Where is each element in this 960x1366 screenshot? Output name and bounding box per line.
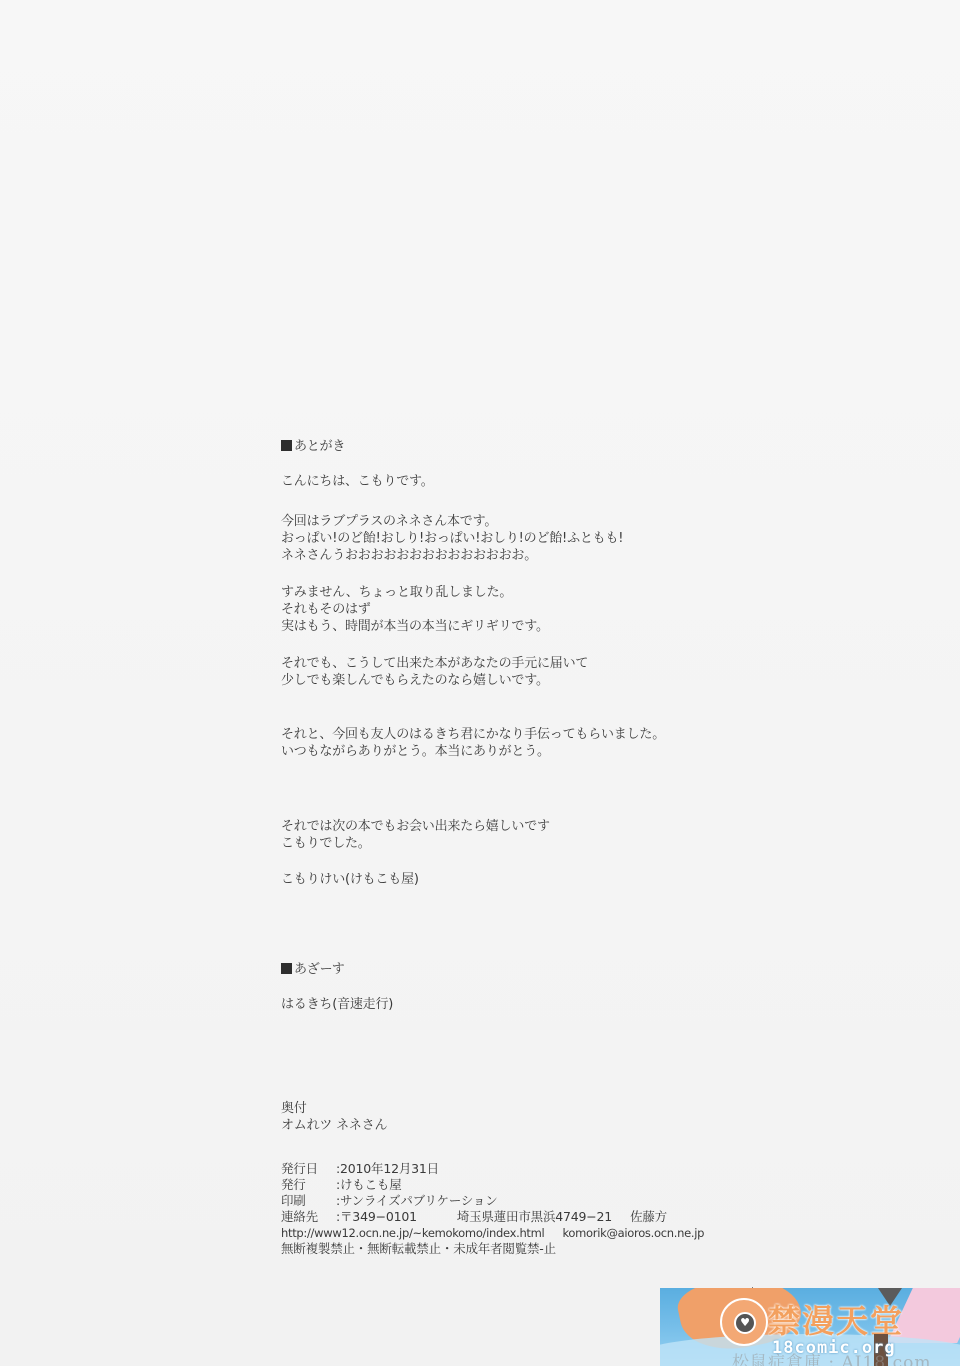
text-line: いつもながらありがとう。本当にありがとう。: [281, 743, 665, 760]
heart-icon: ♥: [734, 1312, 756, 1334]
black-square-icon: [281, 963, 292, 974]
colophon-row-date: 発行日:2010年12月31日: [281, 1161, 704, 1177]
website-url: http://www12.ocn.ne.jp/~kemokomo/index.h…: [281, 1226, 544, 1240]
afterword-paragraph: 今回はラブプラスのネネさん本です。 おっぱい!のど飴!おしり!おっぱい!おしり!…: [281, 513, 623, 564]
document-page: あとがき こんにちは、こもりです。 今回はラブプラスのネネさん本です。 おっぱい…: [0, 0, 960, 1366]
text-line: 少しでも楽しんでもらえたのなら嬉しいです。: [281, 672, 588, 689]
afterword-signature: こもりけい(けもこも屋): [281, 871, 419, 888]
text-line: こもりけい(けもこも屋): [281, 871, 419, 888]
colophon-row-publisher: 発行:けもこも屋: [281, 1177, 704, 1193]
text-line: 今回はラブプラスのネネさん本です。: [281, 513, 623, 530]
assistants-name: はるきち(音速走行): [281, 996, 393, 1013]
watermark-logo: ♥ 禁漫天堂 18comic.org 松鼠症倉庫 : AI18.com: [660, 1288, 960, 1366]
text-line: 実はもう、時間が本当の本当にギリギリです。: [281, 618, 549, 635]
colophon-row-contact: 連絡先:〒349−0101埼玉県蓮田市黒浜4749−21佐藤方: [281, 1209, 704, 1225]
text-line: おっぱい!のど飴!おしり!おっぱい!おしり!のど飴!ふともも!: [281, 530, 623, 547]
colophon-header: 奥付 オムれツ ネネさん: [281, 1100, 387, 1134]
book-title: オムれツ ネネさん: [281, 1117, 387, 1134]
text-line: ネネさんうおおおおおおおおおおおおおお。: [281, 547, 623, 564]
afterword-paragraph: それでも、こうして出来た本があなたの手元に届いて 少しでも楽しんでもらえたのなら…: [281, 655, 588, 689]
text-line: こんにちは、こもりです。: [281, 473, 434, 490]
afterword-paragraph: すみません、ちょっと取り乱しました。 それもそのはず 実はもう、時間が本当の本当…: [281, 584, 549, 635]
black-square-icon: [281, 440, 292, 451]
text-line: すみません、ちょっと取り乱しました。: [281, 584, 549, 601]
colophon-row-printer: 印刷:サンライズパブリケーション: [281, 1193, 704, 1209]
assistants-heading: あざーす: [281, 961, 345, 978]
text-line: それと、今回も友人のはるきち君にかなり手伝ってもらいました。: [281, 726, 665, 743]
watermark-overlay-text: 松鼠症倉庫 : AI18.com: [732, 1348, 931, 1366]
afterword-greeting: こんにちは、こもりです。: [281, 473, 434, 490]
colophon-title: 奥付: [281, 1100, 387, 1117]
colophon-notice: 無断複製禁止・無断転載禁止・未成年者閲覧禁-止: [281, 1241, 704, 1257]
colophon-row-web: http://www12.ocn.ne.jp/~kemokomo/index.h…: [281, 1225, 704, 1241]
afterword-heading: あとがき: [281, 438, 345, 455]
text-line: それでも、こうして出来た本があなたの手元に届いて: [281, 655, 588, 672]
text-line: こもりでした。: [281, 835, 550, 852]
text-line: それもそのはず: [281, 601, 549, 618]
afterword-paragraph: それでは次の本でもお会い出来たら嬉しいです こもりでした。: [281, 818, 550, 852]
mascot-icon: ♥: [720, 1298, 768, 1346]
assistants-section: あざーす: [281, 961, 345, 978]
afterword-section: あとがき: [281, 438, 345, 455]
afterword-paragraph: それと、今回も友人のはるきち君にかなり手伝ってもらいました。 いつもながらありが…: [281, 726, 665, 760]
text-line: それでは次の本でもお会い出来たら嬉しいです: [281, 818, 550, 835]
contact-email: komorik@aioros.ocn.ne.jp: [562, 1226, 704, 1240]
colophon-details: 発行日:2010年12月31日 発行:けもこも屋 印刷:サンライズパブリケーショ…: [281, 1161, 704, 1257]
